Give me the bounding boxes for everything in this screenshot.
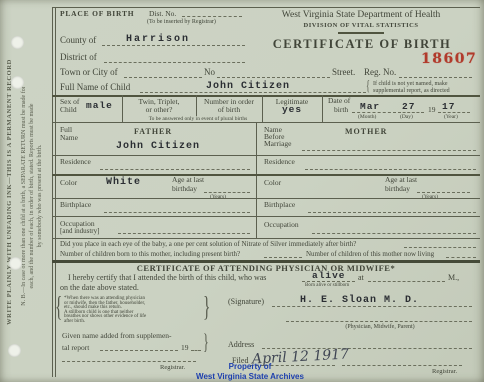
row-rule [256,216,480,217]
mother-age-label-line2: birthday [385,185,410,193]
place-of-birth-label: PLACE OF BIRTH [60,10,134,18]
physician-certificate-title: CERTIFICATE OF ATTENDING PHYSICIAN OR MI… [92,264,440,273]
sex-label-line2: Child [60,106,77,114]
silver-nitrate-question: Did you place in each eye of the baby, a… [60,241,356,249]
year-caption: (Year) [444,114,458,120]
dist-no-label: Dist. No. [149,10,176,18]
capacity-field-line [286,321,472,322]
mother-residence-label: Residence [264,158,295,166]
punch-hole [9,257,22,270]
children-living-answer-line [446,257,476,258]
given-name-note-line1: Given name added from supplemen- [62,332,172,340]
punch-hole [8,344,21,357]
note-brace-left: { [55,293,62,324]
legitimate-value: yes [262,105,322,115]
father-age-field-line [204,192,250,193]
mother-color-label: Color [264,179,281,187]
signature-value: H. E. Sloan M. D. [300,295,419,306]
father-occupation-field-line [118,233,250,234]
district-label: District of [60,53,97,63]
parent-column-divider [256,122,257,238]
father-color-label: Color [60,179,77,187]
father-age-label-line1: Age at last [172,176,204,184]
dist-no-field-line [182,16,242,17]
column-divider [322,95,323,123]
certify-statement-line1: I hereby certify that I attended the bir… [68,274,266,283]
given-name-brace: } [203,330,209,354]
town-label: Town or City of [60,68,118,78]
row-rule [52,216,256,217]
meridiem-label: M., [448,274,459,283]
county-field-line [102,45,245,46]
child-name-value: John Citizen [206,81,290,92]
date-of-birth-label-line2: birth [334,106,348,114]
given-name-field-line [100,350,178,351]
day-caption: (Day) [400,114,413,120]
given-name-19: 19 [181,344,189,352]
footnote-line: after birth. [64,320,146,325]
silver-nitrate-answer-line [404,247,476,248]
registrar-field-line-right [342,365,462,366]
division-underline [338,32,384,34]
given-name-year-line [191,350,201,351]
child-name-label: Full Name of Child [60,83,130,93]
house-no-field-line [217,77,330,78]
mother-residence-field-line [305,169,476,170]
children-born-answer-line [264,257,302,258]
signature-label: (Signature) [228,298,264,307]
father-occupation-label2: [and industry] [60,228,99,236]
reg-no-field-line [399,77,472,78]
note-brace-right: } [203,293,210,324]
mother-name-field-line [302,150,476,151]
margin-rule [52,7,53,377]
twin-label-line2: or other? [122,106,196,114]
mother-occupation-label: Occupation [264,221,299,229]
punch-hole [11,36,24,49]
row-rule [256,198,480,199]
father-name-label-line2: Name [60,134,78,142]
dist-no-note: (To be inserted by Registrar) [147,19,216,26]
father-color-value: White [106,177,141,188]
father-name-value: John Citizen [116,141,200,152]
at-label: at [358,274,364,283]
mother-age-label-line1: Age at last [385,176,417,184]
child-note-line2: supplemental report, as directed [373,88,450,95]
margin-nb-note-line2: each, and the number of each, in order o… [29,18,35,374]
signature-field-line [272,306,472,307]
row-rule [52,155,480,156]
margin-nb-note-line3: by somebody who was present at the birth… [37,18,43,374]
father-residence-field-line [100,169,250,170]
row-rule [52,198,256,199]
mother-occupation-field-line [312,233,476,234]
birth-day-value: 27 [402,102,415,112]
margin-permanent-record-note: WRITE PLAINLY WITH UNFADING INK—THIS IS … [6,8,13,376]
birth-year-value: 17 [442,102,455,112]
mother-birthplace-label: Birthplace [264,201,295,209]
street-label: Street. [332,68,355,78]
born-alive-caption: Born alive or stillborn [305,283,349,289]
mother-age-field-line [417,192,470,193]
mother-name-label-line3: Marriage [264,140,291,148]
registrar-field-line [62,361,196,362]
table-top-rule [52,95,480,97]
table-bottom-rule [52,122,480,123]
department-title: West Virginia State Department of Health [244,10,478,20]
children-born-question: Number of children born to this mother, … [60,251,240,259]
registrar-caption-right: Registrar. [432,368,457,375]
physician-footnote: *When there was an attending physician o… [64,297,146,325]
county-label: County of [60,36,96,46]
father-birthplace-label: Birthplace [60,201,91,209]
alive-value: alive [312,271,346,281]
capacity-caption: (Physician, Midwife, Parent) [300,324,460,331]
margin-nb-note-line1: N. B.—In case of more than one child at … [21,18,27,374]
birth-order-label-line2: of birth [196,106,262,114]
division-subtitle: DIVISION OF VITAL STATISTICS [244,22,478,29]
mother-section-heading: MOTHER [345,128,387,137]
county-value: Harrison [126,34,190,45]
father-age-label-line2: birthday [172,185,197,193]
month-caption: (Month) [358,114,376,120]
row-rule [52,238,480,239]
given-name-note-line2: tal report [62,344,89,352]
certify-statement-line2: on the date above stated. [60,284,139,293]
year-19-prefix: 19 [428,106,436,114]
father-birthplace-field-line [104,212,250,213]
top-rule [52,7,480,8]
child-note-line1: If child is not yet named, make [373,81,447,88]
address-label: Address [228,341,254,350]
child-note-brace: { [366,78,370,95]
sex-value: male [86,101,113,111]
father-residence-label: Residence [60,158,91,166]
archive-watermark-line2: West Virginia State Archives [170,373,330,382]
house-no-label: No [204,68,215,78]
punch-hole [11,76,24,89]
father-section-heading: FATHER [134,128,172,137]
town-field-line [124,77,202,78]
children-living-question: Number of children of this mother now li… [306,251,434,259]
birth-certificate-scan: WRITE PLAINLY WITH UNFADING INK—THIS IS … [0,0,484,382]
archive-watermark-line1: Property of [170,363,330,372]
district-field-line [104,62,245,63]
certificate-number-stamp: 18607 [421,52,477,67]
date-of-birth-label-line1: Date of [328,97,350,105]
reg-no-label: Reg. No. [364,68,396,78]
time-field-line [368,281,445,282]
mother-birthplace-field-line [308,212,476,213]
child-name-field-line [140,92,366,93]
certificate-title: CERTIFICATE OF BIRTH [250,38,474,52]
birth-month-value: Mar [360,102,380,112]
